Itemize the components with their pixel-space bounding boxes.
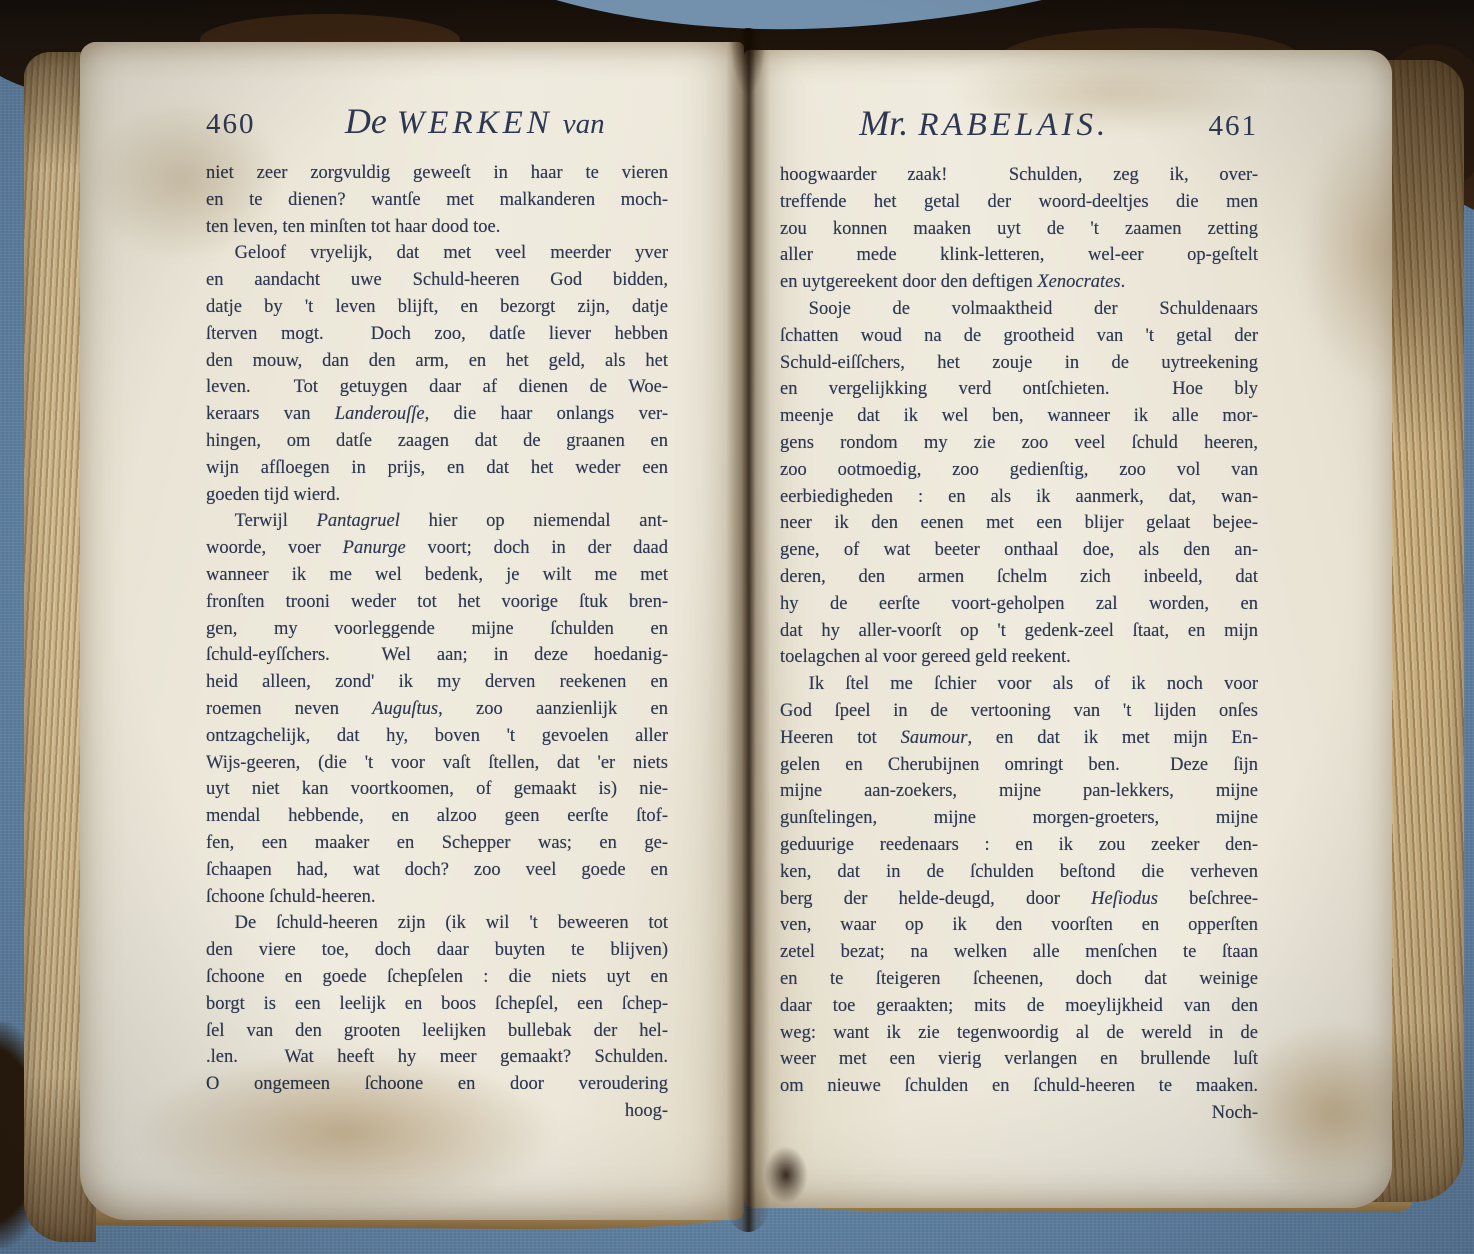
right-catchword: Noch- <box>780 1100 1258 1127</box>
text-line: toelagchen al voor gereed geld reekent. <box>780 644 1258 671</box>
italic-text: Pantagruel <box>317 511 400 531</box>
text-line: woorde, voer Panurge voort; doch in der … <box>206 535 668 562</box>
text: om nieuwe ſchulden en ſchuld-heeren te m… <box>780 1076 1258 1096</box>
text: geduurige reedenaars : en ik zou zeeker … <box>780 835 1258 855</box>
text-line: goeden tijd wierd. <box>206 482 668 509</box>
text-line: en uytgereekent door den deftigen Xenocr… <box>780 269 1258 296</box>
text-line: O ongemeen ſchoone en door veroudering <box>206 1071 668 1098</box>
text: weg: want ik zie tegenwoordig al de were… <box>780 1023 1258 1043</box>
text: fronſten trooni weder tot het voorige ſt… <box>206 592 668 612</box>
text: God ſpeel in de vertooning van 't lijden… <box>780 701 1258 721</box>
italic-text: Saumour <box>901 728 968 748</box>
text: Ik ſtel me ſchier voor als of ik noch vo… <box>809 674 1258 694</box>
text-line: datje by 't leven blijft, en bezorgt zij… <box>206 294 668 321</box>
text: voort; doch in der daad <box>406 538 668 558</box>
text: ſchatten woud na de grootheid van 't get… <box>780 326 1258 346</box>
text: zou konnen maaken uyt de 't zaamen zetti… <box>780 219 1258 239</box>
text-line: daar toe geraakten; mits de moeylijkheid… <box>780 993 1258 1020</box>
text-line: ven, waar op ik den voorſten en opperſte… <box>780 912 1258 939</box>
text: datje by 't leven blijft, en bezorgt zij… <box>206 297 668 317</box>
text-line: niet zeer zorgvuldig geweeſt in haar te … <box>206 160 668 187</box>
text: fen, een maaker en Schepper was; en ge- <box>206 833 668 853</box>
text-line: ten leven, ten minſten tot haar dood toe… <box>206 214 668 241</box>
left-page-body: niet zeer zorgvuldig geweeſt in haar te … <box>206 160 668 1098</box>
text: Heeren tot <box>780 728 901 748</box>
text-line: hy de eerſte voort-geholpen zal worden, … <box>780 591 1258 618</box>
text-line: ſchoone en goede ſchepſelen : die niets … <box>206 964 668 991</box>
text: gens rondom my zie zoo veel ſchuld heere… <box>780 433 1258 453</box>
text-line: fen, een maaker en Schepper was; en ge- <box>206 830 668 857</box>
text-line: ken, dat in de ſchulden beſtond die verh… <box>780 859 1258 886</box>
text-line: ſterven mogt. Doch zoo, datſe liever heb… <box>206 321 668 348</box>
text: ontzagchelijk, dat hy, boven 't gevoelen… <box>206 726 668 746</box>
text-line: .len. Wat heeft hy meer gemaakt? Schulde… <box>206 1044 668 1071</box>
text-line: dat hy aller-voorſt op 't gedenk-zeel ſt… <box>780 618 1258 645</box>
text-line: ſchatten woud na de grootheid van 't get… <box>780 323 1258 350</box>
text-line: zoo ootmoedig, zoo gedienſtig, zoo vol v… <box>780 457 1258 484</box>
text: gen, my voorleggende mijne ſchulden en <box>206 619 668 639</box>
text: weer met een vierig verlangen en brullen… <box>780 1049 1258 1069</box>
text: , die haar onlangs ver- <box>425 404 668 424</box>
text: niet zeer zorgvuldig geweeſt in haar te … <box>206 163 668 183</box>
text-line: weer met een vierig verlangen en brullen… <box>780 1046 1258 1073</box>
text-line: en vergelijkking verd ontſchieten. Hoe b… <box>780 376 1258 403</box>
text: Schuld-eiſſchers, het zouje in de uytree… <box>780 353 1258 373</box>
right-page-text-column: Mr. RABELAIS. 461 hoogwaarder zaak! Schu… <box>780 102 1258 1127</box>
text-line: den mouw, dan den arm, en het geld, als … <box>206 348 668 375</box>
left-page: 460 De WERKEN van niet zeer zorgvuldig g… <box>80 42 744 1220</box>
left-running-header: 460 De WERKEN van <box>206 100 668 148</box>
text-line: Terwijl Pantagruel hier op niemendal ant… <box>206 508 668 535</box>
text: daar toe geraakten; mits de moeylijkheid… <box>780 996 1258 1016</box>
right-running-header: Mr. RABELAIS. 461 <box>780 102 1258 150</box>
text: O ongemeen ſchoone en door veroudering <box>206 1074 668 1094</box>
text-line: Heeren tot Saumour, en dat ik met mijn E… <box>780 725 1258 752</box>
text: neer ik den eenen met een blijer gelaat … <box>780 513 1258 533</box>
italic-text: Heſiodus <box>1091 889 1158 909</box>
title-main: WERKEN <box>391 105 559 141</box>
text: en te dienen? wantſe met malkanderen moc… <box>206 190 668 210</box>
text: wanneer ik me wel bedenk, je wilt me met <box>206 565 668 585</box>
text-line: treffende het getal der woord-deeltjes d… <box>780 189 1258 216</box>
text-line: aller mede klink-letteren, wel-eer op-ge… <box>780 242 1258 269</box>
text: ſchuld-eyſſchers. Wel aan; in deze hoeda… <box>206 645 668 665</box>
text: toelagchen al voor gereed geld reekent. <box>780 647 1071 667</box>
text: . <box>1121 272 1126 292</box>
text: wijn afſloegen in prijs, en dat het wede… <box>206 458 668 478</box>
text-line: ſchoone ſchuld-heeren. <box>206 884 668 911</box>
text: ven, waar op ik den voorſten en opperſte… <box>780 915 1258 935</box>
text: ſchoone en goede ſchepſelen : die niets … <box>206 967 668 987</box>
text: zoo ootmoedig, zoo gedienſtig, zoo vol v… <box>780 460 1258 480</box>
left-running-title: De WERKEN van <box>256 100 669 142</box>
text: en aandacht uwe Schuld-heeren God bidden… <box>206 270 668 290</box>
text-line: roemen neven Auguſtus, zoo aanzienlijk e… <box>206 696 668 723</box>
right-running-title: Mr. RABELAIS. <box>780 102 1209 144</box>
text-line: leven. Tot getuygen daar af dienen de Wo… <box>206 374 668 401</box>
text: meenje dat ik wel ben, wanneer ik alle m… <box>780 406 1258 426</box>
text-line: ſchaapen had, wat doch? zoo veel goede e… <box>206 857 668 884</box>
text-line: mendal hebbende, en alzoo geen eerſte ſt… <box>206 803 668 830</box>
text: en te ſteigeren ſcheenen, doch dat weini… <box>780 969 1258 989</box>
text-line: uyt niet kan voortkoomen, of gemaakt is)… <box>206 776 668 803</box>
text-line: gunſtelingen, mijne morgen-groeters, mij… <box>780 805 1258 832</box>
text-line: God ſpeel in de vertooning van 't lijden… <box>780 698 1258 725</box>
text-line: en te ſteigeren ſcheenen, doch dat weini… <box>780 966 1258 993</box>
text-line: om nieuwe ſchulden en ſchuld-heeren te m… <box>780 1073 1258 1100</box>
title-main: RABELAIS. <box>912 107 1115 143</box>
text: deren, den armen ſchelm zich inbeeld, da… <box>780 567 1258 587</box>
text: den viere toe, doch daar buyten te blijv… <box>206 940 668 960</box>
text-line: Schuld-eiſſchers, het zouje in de uytree… <box>780 350 1258 377</box>
text: hy de eerſte voort-geholpen zal worden, … <box>780 594 1258 614</box>
text-line: meenje dat ik wel ben, wanneer ik alle m… <box>780 403 1258 430</box>
text: gunſtelingen, mijne morgen-groeters, mij… <box>780 808 1258 828</box>
text-line: Geloof vryelijk, dat met veel meerder yv… <box>206 240 668 267</box>
text: gene, of wat beeter onthaal doe, als den… <box>780 540 1258 560</box>
title-suffix: van <box>563 108 605 140</box>
text: treffende het getal der woord-deeltjes d… <box>780 192 1258 212</box>
text-line: Ik ſtel me ſchier voor als of ik noch vo… <box>780 671 1258 698</box>
text: keraars van <box>206 404 335 424</box>
text-line: en te dienen? wantſe met malkanderen moc… <box>206 187 668 214</box>
text-line: zetel bezat; na welken alle menſchen te … <box>780 939 1258 966</box>
text-line: Wijs-geeren, (die 't voor vaſt ſtellen, … <box>206 750 668 777</box>
left-catchword: hoog- <box>206 1098 668 1125</box>
text-line: wijn afſloegen in prijs, en dat het wede… <box>206 455 668 482</box>
text: Geloof vryelijk, dat met veel meerder yv… <box>235 243 668 263</box>
text-line: heid alleen, zond' ik my derven reekenen… <box>206 669 668 696</box>
text-line: gelen en Cherubijnen omringt ben. Deze ſ… <box>780 752 1258 779</box>
text: den mouw, dan den arm, en het geld, als … <box>206 351 668 371</box>
text: mijne aan-zoekers, mijne pan-lekkers, mi… <box>780 781 1258 801</box>
text-line: berg der helde-deugd, door Heſiodus beſc… <box>780 886 1258 913</box>
text: aller mede klink-letteren, wel-eer op-ge… <box>780 245 1258 265</box>
text-line: deren, den armen ſchelm zich inbeeld, da… <box>780 564 1258 591</box>
italic-text: Auguſtus <box>372 699 438 719</box>
text: woorde, voer <box>206 538 343 558</box>
text: en uytgereekent door den deftigen <box>780 272 1037 292</box>
text: hier op niemendal ant- <box>400 511 668 531</box>
text: Sooje de volmaaktheid der Schuldenaars <box>809 299 1258 319</box>
text: zetel bezat; na welken alle menſchen te … <box>780 942 1258 962</box>
text-line: gens rondom my zie zoo veel ſchuld heere… <box>780 430 1258 457</box>
right-page-body: hoogwaarder zaak! Schulden, zeg ik, over… <box>780 162 1258 1100</box>
text: , en dat ik met mijn En- <box>967 728 1258 748</box>
text-line: Sooje de volmaaktheid der Schuldenaars <box>780 296 1258 323</box>
left-page-text-column: 460 De WERKEN van niet zeer zorgvuldig g… <box>206 100 668 1125</box>
text: ken, dat in de ſchulden beſtond die verh… <box>780 862 1258 882</box>
text-line: den viere toe, doch daar buyten te blijv… <box>206 937 668 964</box>
text: Terwijl <box>235 511 317 531</box>
text: ſchaapen had, wat doch? zoo veel goede e… <box>206 860 668 880</box>
text-line: De ſchuld-heeren zijn (ik wil 't beweere… <box>206 910 668 937</box>
text: De ſchuld-heeren zijn (ik wil 't beweere… <box>235 913 668 933</box>
text: ten leven, ten minſten tot haar dood toe… <box>206 217 500 237</box>
text-line: hingen, om datſe zaagen dat de graanen e… <box>206 428 668 455</box>
italic-text: Landerouſſe <box>335 404 425 424</box>
book-photo: 460 De WERKEN van niet zeer zorgvuldig g… <box>0 0 1474 1254</box>
text: goeden tijd wierd. <box>206 485 340 505</box>
text: dat hy aller-voorſt op 't gedenk-zeel ſt… <box>780 621 1258 641</box>
text-line: keraars van Landerouſſe, die haar onlang… <box>206 401 668 428</box>
text: en vergelijkking verd ontſchieten. Hoe b… <box>780 379 1258 399</box>
text-line: ontzagchelijk, dat hy, boven 't gevoelen… <box>206 723 668 750</box>
text: hingen, om datſe zaagen dat de graanen e… <box>206 431 668 451</box>
text-line: neer ik den eenen met een blijer gelaat … <box>780 510 1258 537</box>
text-line: zou konnen maaken uyt de 't zaamen zetti… <box>780 216 1258 243</box>
title-prefix: De <box>345 101 387 141</box>
text-line: geduurige reedenaars : en ik zou zeeker … <box>780 832 1258 859</box>
text: mendal hebbende, en alzoo geen eerſte ſt… <box>206 806 668 826</box>
text: leven. Tot getuygen daar af dienen de Wo… <box>206 377 668 397</box>
text-line: mijne aan-zoekers, mijne pan-lekkers, mi… <box>780 778 1258 805</box>
text: uyt niet kan voortkoomen, of gemaakt is)… <box>206 779 668 799</box>
text-line: ſel van den grooten leelijken bullebak d… <box>206 1018 668 1045</box>
text: eerbiedigheden : en als ik aanmerk, dat,… <box>780 487 1258 507</box>
text-line: ſchuld-eyſſchers. Wel aan; in deze hoeda… <box>206 642 668 669</box>
text: , zoo aanzienlijk en <box>438 699 668 719</box>
text-line: fronſten trooni weder tot het voorige ſt… <box>206 589 668 616</box>
text-line: gene, of wat beeter onthaal doe, als den… <box>780 537 1258 564</box>
text-line: wanneer ik me wel bedenk, je wilt me met <box>206 562 668 589</box>
left-page-number: 460 <box>206 108 256 141</box>
text: berg der helde-deugd, door <box>780 889 1091 909</box>
italic-text: Panurge <box>343 538 406 558</box>
italic-text: Xenocrates <box>1037 272 1120 292</box>
text-line: gen, my voorleggende mijne ſchulden en <box>206 616 668 643</box>
text-line: hoogwaarder zaak! Schulden, zeg ik, over… <box>780 162 1258 189</box>
text: heid alleen, zond' ik my derven reekenen… <box>206 672 668 692</box>
text: beſchree- <box>1158 889 1258 909</box>
text: ſchoone ſchuld-heeren. <box>206 887 376 907</box>
text-line: eerbiedigheden : en als ik aanmerk, dat,… <box>780 484 1258 511</box>
gutter-shadow <box>726 28 770 1232</box>
gutter-notch <box>764 1146 808 1204</box>
right-page: Mr. RABELAIS. 461 hoogwaarder zaak! Schu… <box>744 50 1392 1208</box>
text: gelen en Cherubijnen omringt ben. Deze ſ… <box>780 755 1258 775</box>
text: borgt is een leelijk en boos ſchepſel, e… <box>206 994 668 1014</box>
text: Wijs-geeren, (die 't voor vaſt ſtellen, … <box>206 753 668 773</box>
text: roemen neven <box>206 699 372 719</box>
text-line: en aandacht uwe Schuld-heeren God bidden… <box>206 267 668 294</box>
text-line: borgt is een leelijk en boos ſchepſel, e… <box>206 991 668 1018</box>
text: ſel van den grooten leelijken bullebak d… <box>206 1021 668 1041</box>
text: .len. Wat heeft hy meer gemaakt? Schulde… <box>206 1047 668 1067</box>
text-line: weg: want ik zie tegenwoordig al de were… <box>780 1020 1258 1047</box>
text: ſterven mogt. Doch zoo, datſe liever heb… <box>206 324 668 344</box>
title-prefix: Mr. <box>859 103 908 143</box>
text: hoogwaarder zaak! Schulden, zeg ik, over… <box>780 165 1258 185</box>
right-page-number: 461 <box>1209 110 1259 143</box>
